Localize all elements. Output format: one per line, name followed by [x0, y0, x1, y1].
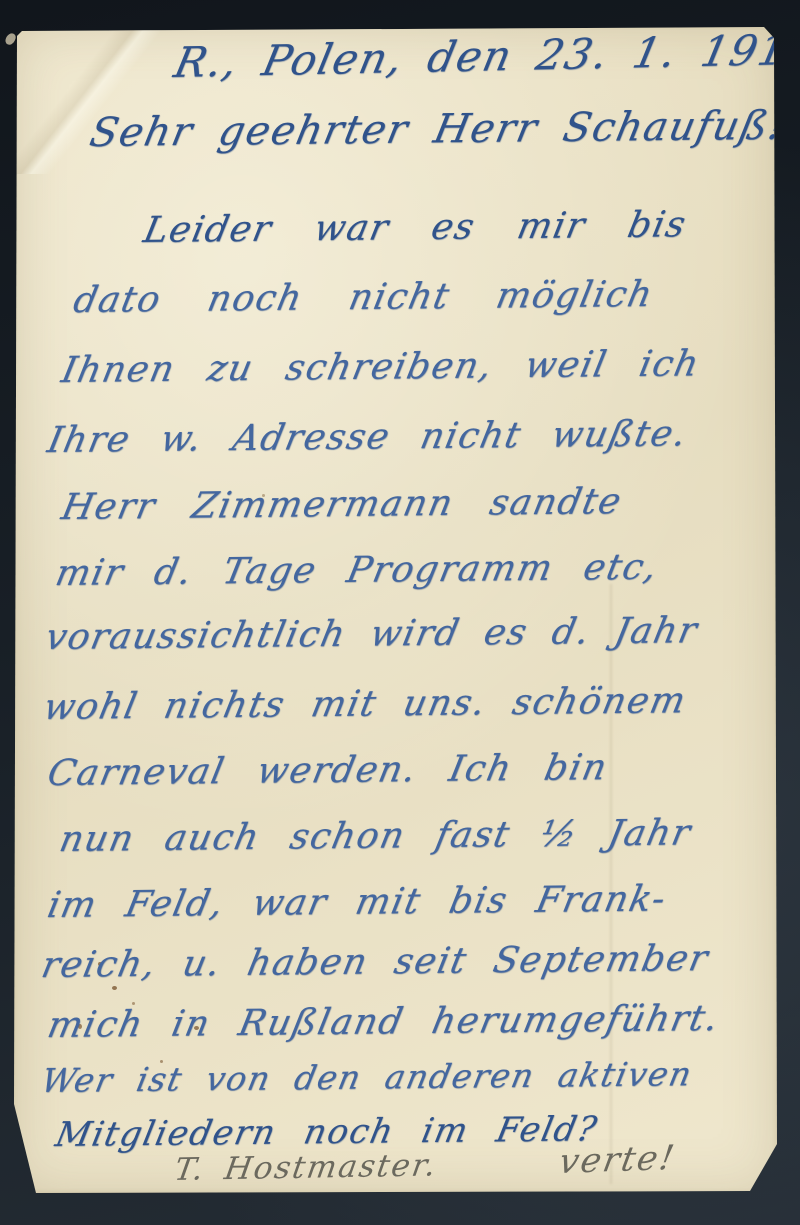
body-line: wohl nichts mit uns. schönem	[40, 680, 690, 728]
stain-speck	[112, 986, 117, 990]
body-line: reich, u. haben seit September	[38, 938, 712, 986]
body-line: Mitgliedern noch im Feld?	[52, 1109, 601, 1155]
body-line: Ihre w. Adresse nicht wußte.	[44, 413, 691, 461]
body-line: Ihnen zu schreiben, weil ich	[58, 343, 704, 391]
body-line: im Feld, war mit bis Frank-	[44, 879, 670, 926]
verte-note: verte!	[556, 1138, 679, 1182]
body-line: Wer ist von den anderen aktiven	[38, 1054, 696, 1100]
postcard-paper: R., Polen, den 23. 1. 1914. Sehr geehrte…	[12, 24, 778, 1194]
salutation: Sehr geehrter Herr Schaufuß!	[86, 103, 791, 156]
body-line: Carneval werden. Ich bin	[44, 747, 611, 794]
body-line: mir d. Tage Programm etc,	[52, 547, 662, 594]
body-line: nun auch schon fast ½ Jahr	[56, 812, 695, 860]
body-line: mich in Rußland herumgeführt.	[44, 998, 723, 1046]
body-line: dato noch nicht möglich	[70, 274, 657, 321]
body-line: voraussichtlich wird es d. Jahr	[42, 610, 702, 658]
pencil-signature: T. Hostmaster.	[172, 1147, 440, 1188]
paper-fleck	[4, 32, 17, 47]
body-line: Herr Zimmermann sandte	[58, 481, 626, 528]
photo-background: R., Polen, den 23. 1. 1914. Sehr geehrte…	[0, 0, 800, 1225]
body-line: Leider war es mir bis	[140, 204, 690, 251]
dateline: R., Polen, den 23. 1. 1914.	[170, 24, 800, 87]
